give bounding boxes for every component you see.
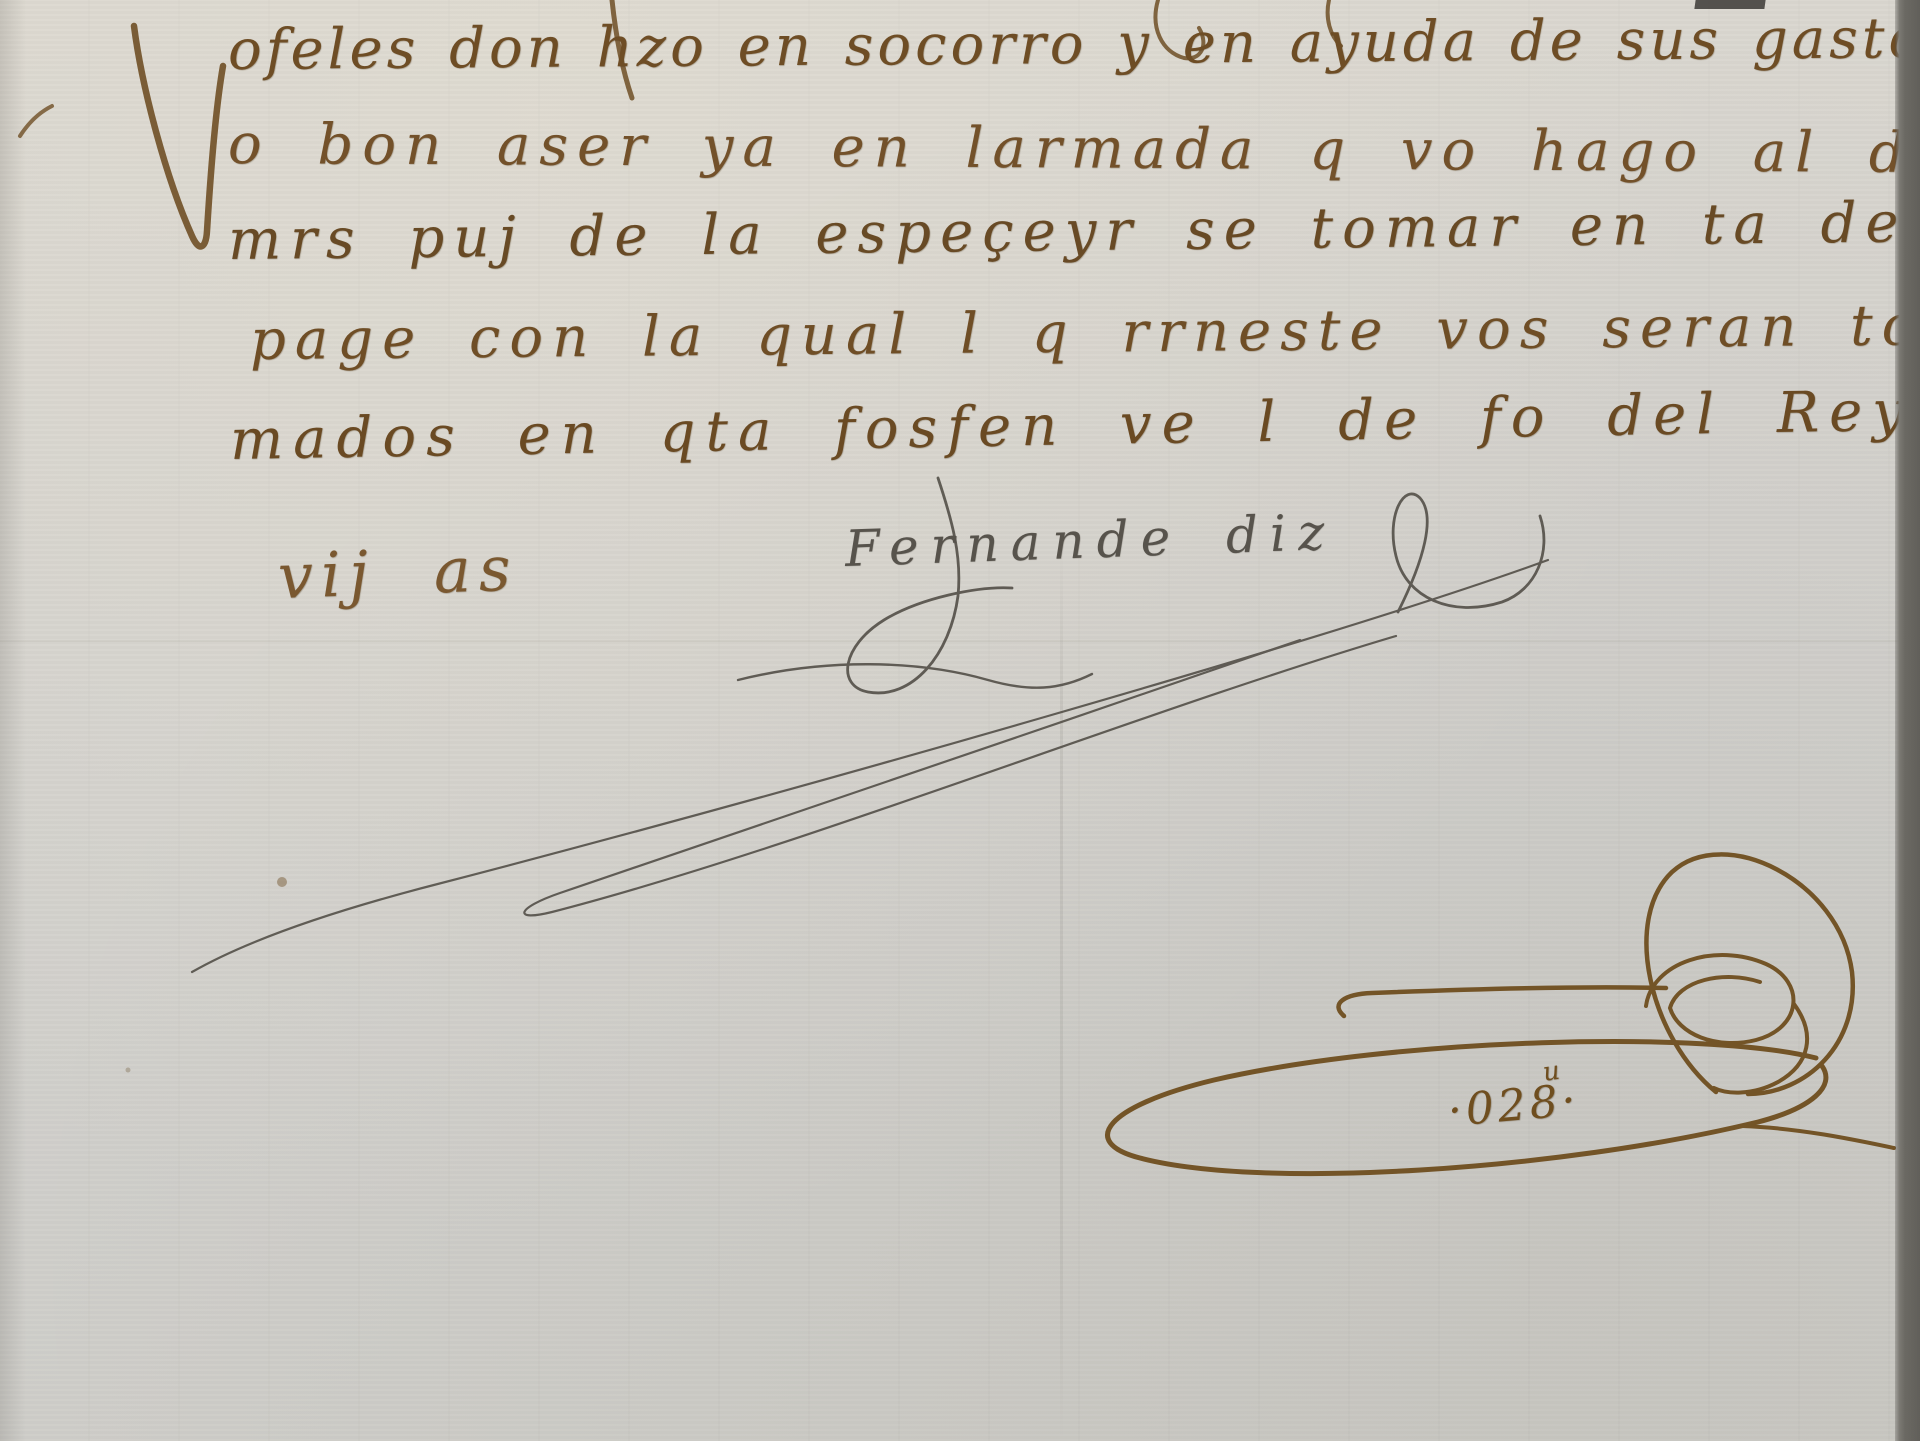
manuscript-photo: ofeles don hzo en socorro y en ayuda de …: [0, 0, 1920, 1441]
handwritten-line-date: vij as: [277, 532, 520, 613]
top-edge-dark-smudge: [1694, 0, 1765, 9]
left-margin-stroke: [20, 106, 52, 136]
photo-background-edge: [1895, 0, 1920, 1441]
handwritten-line-1: ofeles don hzo en socorro y en ayuda de …: [228, 6, 1920, 83]
ink-stains: [126, 877, 288, 1073]
handwritten-line-2: o bon aser ya en larmada q vo hago al de…: [228, 112, 1920, 186]
rubric-number-superscript: u: [1541, 1056, 1562, 1088]
paragraph-v-mark: [20, 26, 223, 246]
